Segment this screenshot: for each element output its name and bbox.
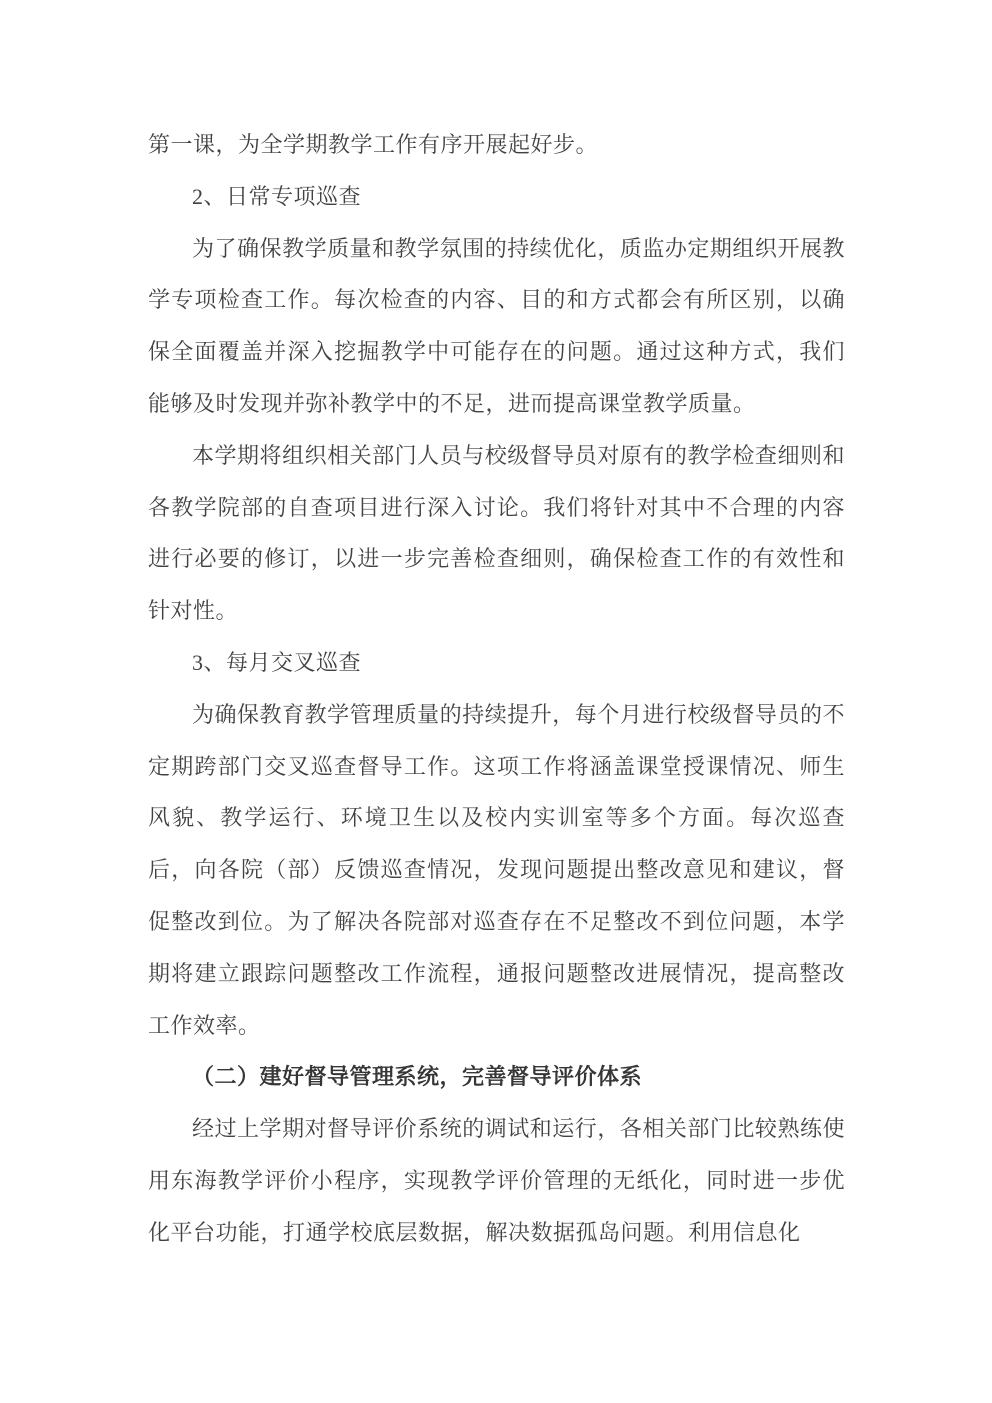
document-text-body: 第一课，为全学期教学工作有序开展起好步。 2、日常专项巡查 为了确保教学质量和教… [148, 119, 845, 1259]
paragraph: 经过上学期对督导评价系统的调试和运行，各相关部门比较熟练使用东海教学评价小程序，… [148, 1103, 845, 1258]
subheading-item-2: 2、日常专项巡查 [148, 171, 845, 223]
subheading-item-3: 3、每月交叉巡查 [148, 637, 845, 689]
paragraph: 为确保教育教学管理质量的持续提升，每个月进行校级督导员的不定期跨部门交叉巡查督导… [148, 689, 845, 1052]
paragraph: 本学期将组织相关部门人员与校级督导员对原有的教学检查细则和各教学院部的自查项目进… [148, 430, 845, 637]
paragraph: 为了确保教学质量和教学氛围的持续优化，质监办定期组织开展教学专项检查工作。每次检… [148, 223, 845, 430]
paragraph-continuation: 第一课，为全学期教学工作有序开展起好步。 [148, 119, 845, 171]
section-heading: （二）建好督导管理系统，完善督导评价体系 [148, 1051, 845, 1103]
document-page: 第一课，为全学期教学工作有序开展起好步。 2、日常专项巡查 为了确保教学质量和教… [0, 0, 992, 1403]
